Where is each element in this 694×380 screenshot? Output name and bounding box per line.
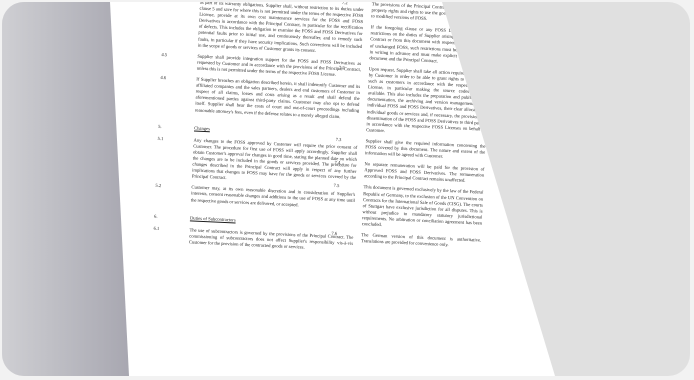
clause-number: 7.2 <box>339 65 345 71</box>
clause-text: Supplier shall give the required informa… <box>365 138 486 159</box>
clause-number: 7.5 <box>333 183 339 189</box>
clause-number: 7.6 <box>331 231 337 237</box>
clause-number: 4.6 <box>160 75 166 81</box>
clause-number: 7.2 <box>342 2 348 6</box>
paragraph-text: If the foregoing clause or any FOSS Lice… <box>369 25 490 64</box>
clause-7-5: 7.5 This document is governed exclusivel… <box>332 183 484 232</box>
clause-7-2b: 7.2 Upon request, Supplier shall take al… <box>336 65 489 139</box>
clause-number: 5.2 <box>155 183 161 189</box>
section-number: 5. <box>158 123 162 129</box>
clause-6-1: 6.1 The use of subcontractors is governe… <box>153 225 354 252</box>
clause-7-3: 7.3 Supplier shall give the required inf… <box>335 137 486 162</box>
clause-continuation: as part of its warranty obligations. Sup… <box>162 2 364 56</box>
clause-7-4: 7.4 No separate remuneration will be pai… <box>334 160 485 185</box>
section-title: Duties of Subcontractors <box>190 215 236 222</box>
clause-text: Customer may, at its own reasonable disc… <box>191 185 356 207</box>
clause-text: The use of subcontractors is governed by… <box>189 227 354 249</box>
clause-7-2a: 7.2 The provisions of the Principal Cont… <box>341 2 492 25</box>
section-number: 6. <box>154 213 158 219</box>
clause-number: 4.5 <box>161 52 167 58</box>
clause-4-6: 4.6 If Supplier breaches an obligation d… <box>159 75 360 121</box>
clause-text: Any changes to the FOSS approved by Cust… <box>192 137 358 180</box>
clause-text: If Supplier breaches an obligation descr… <box>195 77 360 119</box>
clause-text: This document is governed exclusively by… <box>362 185 484 227</box>
clause-5-2: 5.2 Customer may, at its own reasonable … <box>155 183 356 210</box>
clause-number: 7.3 <box>336 137 342 143</box>
clause-5-1: 5.1 Any changes to the FOSS approved by … <box>156 136 358 188</box>
right-column: 7.2 The provisions of the Principal Cont… <box>331 2 492 255</box>
clause-7-6: 7.6 The German version of this document … <box>331 231 481 250</box>
document-viewer-frame: as part of its warranty obligations. Sup… <box>2 2 690 376</box>
clause-4-5: 4.5 Supplier shall provide integration s… <box>161 52 362 79</box>
clause-number: 6.1 <box>153 225 159 231</box>
clause-text: No separate remuneration will be paid fo… <box>364 161 485 183</box>
section-title: Changes <box>194 125 210 131</box>
clause-text: Supplier shall provide integration suppo… <box>197 53 362 76</box>
clause-text: The German version of this document is a… <box>361 232 481 247</box>
clause-number: 7.4 <box>334 160 340 166</box>
clause-text: as part of its warranty obligations. Sup… <box>198 2 364 53</box>
clause-number: 5.1 <box>157 136 163 142</box>
paragraph: If the foregoing clause or any FOSS Lice… <box>339 23 491 66</box>
clause-text: The provisions of the Principal Contract… <box>371 2 492 21</box>
clause-text: Upon request, Supplier shall take all ac… <box>366 66 489 133</box>
